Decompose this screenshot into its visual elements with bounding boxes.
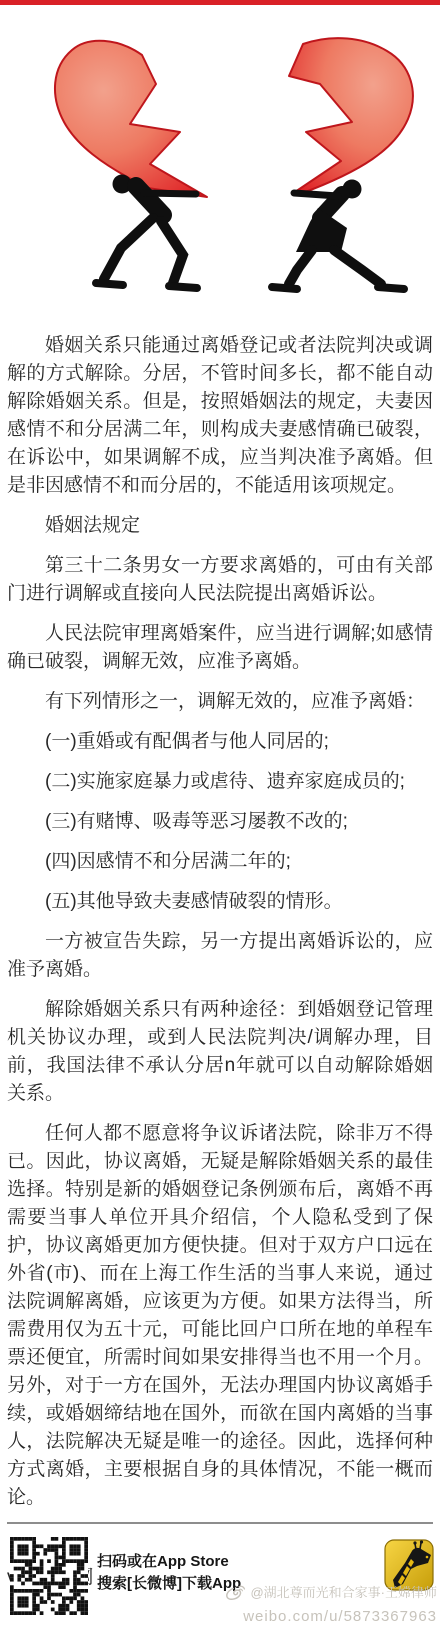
article-paragraph: 第三十二条男女一方要求离婚的，可由有关部门进行调解或直接向人民法院提出离婚诉讼。 [7,552,433,608]
woman-figure [272,180,404,290]
article-paragraph: 一方被宣告失踪，另一方提出离婚诉讼的，应准予离婚。 [7,928,433,984]
article-list-item: (五)其他导致夫妻感情破裂的情形。 [7,888,433,916]
watermark-url: weibo.com/u/5873367963 [224,1608,437,1625]
qr-caption-line2: 搜索[长微博]下载App [97,1573,241,1595]
man-figure [96,175,197,289]
watermark-handle: @湖北尊而光和合家事·王嫦律师 [250,1585,437,1600]
weibo-watermark: @湖北尊而光和合家事·王嫦律师 weibo.com/u/5873367963 [224,1584,437,1625]
top-red-bar [0,0,440,5]
article-body: 婚姻关系只能通过离婚登记或者法院判决或调解的方式解除。分居，不管时间多长，都不能… [7,332,433,1604]
left-heart-half [55,41,207,197]
article-paragraph: 人民法院审理离婚案件，应当进行调解;如感情确已破裂，调解无效，应准予离婚。 [7,620,433,676]
article-paragraph: 婚姻关系只能通过离婚登记或者法院判决或调解的方式解除。分居，不管时间多长，都不能… [7,332,433,500]
qr-caption-line1: 扫码或在App Store [97,1551,241,1573]
article-list-item: (三)有赌博、吸毒等恶习屡教不改的; [7,808,433,836]
broken-heart-svg [0,34,440,316]
qr-caption: 扫码或在App Store 搜索[长微博]下载App [97,1551,241,1595]
article-paragraph: 婚姻法规定 [7,512,433,540]
article-list-item: (四)因感情不和分居满二年的; [7,848,433,876]
footer-divider [7,1522,433,1524]
article-paragraph: 解除婚姻关系只有两种途径：到婚姻登记管理机关协议办理，或到人民法院判决/调解办理… [7,996,433,1108]
article-paragraph: 任何人都不愿意将争议诉诸法院，除非万不得已。因此，协议离婚，无疑是解除婚姻关系的… [7,1120,433,1512]
weibo-logo-icon [224,1584,246,1606]
qr-code [10,1537,88,1615]
article-paragraph: 有下列情形之一，调解无效的，应准予离婚： [7,688,433,716]
right-heart-half [289,38,413,194]
article-list-item: (一)重婚或有配偶者与他人同居的; [7,728,433,756]
footer: 扫码或在App Store 搜索[长微博]下载App [0,1522,440,1633]
broken-heart-illustration [0,34,440,316]
article-list-item: (二)实施家庭暴力或虐待、遗弃家庭成员的; [7,768,433,796]
